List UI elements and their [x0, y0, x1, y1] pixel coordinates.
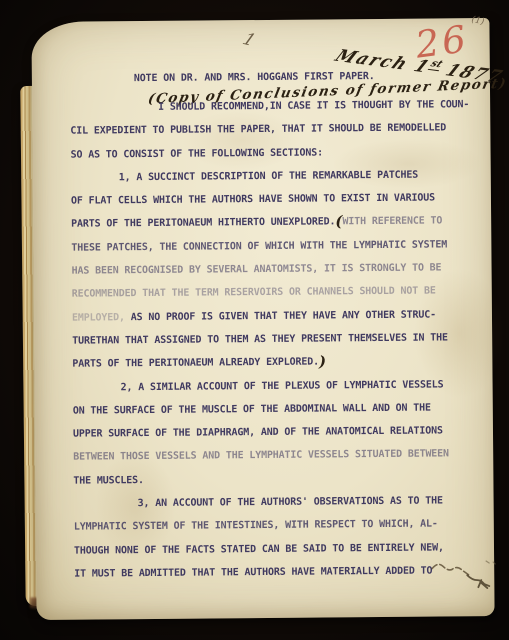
typed-line: CIL EXPEDIENT TO PUBLISH THE PAPER, THAT…: [70, 116, 470, 143]
typed-line: THOUGH NONE OF THE FACTS STATED CAN BE S…: [74, 536, 474, 563]
typed-line: BETWEEN THOSE VESSELS AND THE LYMPHATIC …: [73, 443, 473, 470]
typed-line: SO AS TO CONSIST OF THE FOLLOWING SECTIO…: [70, 140, 470, 167]
typed-line: LYMPHATIC SYSTEM OF THE INTESTINES, WITH…: [74, 513, 474, 540]
typed-line-segment: EMPLOYED,: [72, 312, 125, 323]
handwritten-close-paren: ): [319, 353, 326, 371]
typed-line-segment: PARTS OF THE PERITONAEUM HITHERTO UNEXPL…: [71, 217, 335, 230]
typed-line-segment: AS NO PROOF IS GIVEN THAT THEY HAVE ANY …: [125, 309, 436, 323]
typed-text-block: I SHOULD RECOMMEND,IN CASE IT IS THOUGHT…: [70, 93, 474, 586]
typed-line: TURETHAN THAT ASSIGNED TO THEM AS THEY P…: [72, 326, 472, 353]
typed-line: THESE PATCHES, THE CONNECTION OF WHICH W…: [71, 233, 471, 260]
typed-line: OF FLAT CELLS WHICH THE AUTHORS HAVE SHO…: [71, 186, 471, 213]
typed-line: UPPER SURFACE OF THE DIAPHRAGM, AND OF T…: [73, 419, 473, 446]
typed-line: 3, AN ACCOUNT OF THE AUTHORS' OBSERVATIO…: [74, 489, 474, 516]
typed-line: PARTS OF THE PERITONAEUM HITHERTO UNEXPL…: [71, 210, 471, 237]
typed-line: 1, A SUCCINCT DESCRIPTION OF THE REMARKA…: [71, 163, 471, 190]
typed-line: I SHOULD RECOMMEND,IN CASE IT IS THOUGHT…: [70, 93, 470, 120]
typed-line: THE MUSCLES.: [73, 466, 473, 493]
typed-line-segment: PARTS OF THE PERITONAEUM ALREADY EXPLORE…: [72, 357, 319, 370]
typed-line: IT MUST BE ADMITTED THAT THE AUTHORS HAV…: [74, 559, 474, 586]
typed-line: HAS BEEN RECOGNISED BY SEVERAL ANATOMIST…: [71, 256, 471, 283]
page-number: 1: [239, 30, 258, 51]
pencil-scribble: [430, 559, 500, 594]
typed-line: RECOMMENDED THAT THE TERM RESERVOIRS OR …: [72, 280, 472, 307]
typed-line: EMPLOYED, AS NO PROOF IS GIVEN THAT THEY…: [72, 303, 472, 330]
typed-line: 2, A SIMILAR ACCOUNT OF THE PLEXUS OF LY…: [72, 373, 472, 400]
corner-annotation: (1): [471, 15, 485, 27]
typed-line-segment: WITH REFERENCE TO: [342, 216, 442, 228]
typed-line: ON THE SURFACE OF THE MUSCLE OF THE ABDO…: [73, 396, 473, 423]
document-page: 1 26 (1) NOTE ON DR. AND MRS. HOGGANS FI…: [31, 18, 494, 620]
scan-background: 1 26 (1) NOTE ON DR. AND MRS. HOGGANS FI…: [0, 0, 509, 640]
typed-line: PARTS OF THE PERITONAEUM ALREADY EXPLORE…: [72, 349, 472, 376]
